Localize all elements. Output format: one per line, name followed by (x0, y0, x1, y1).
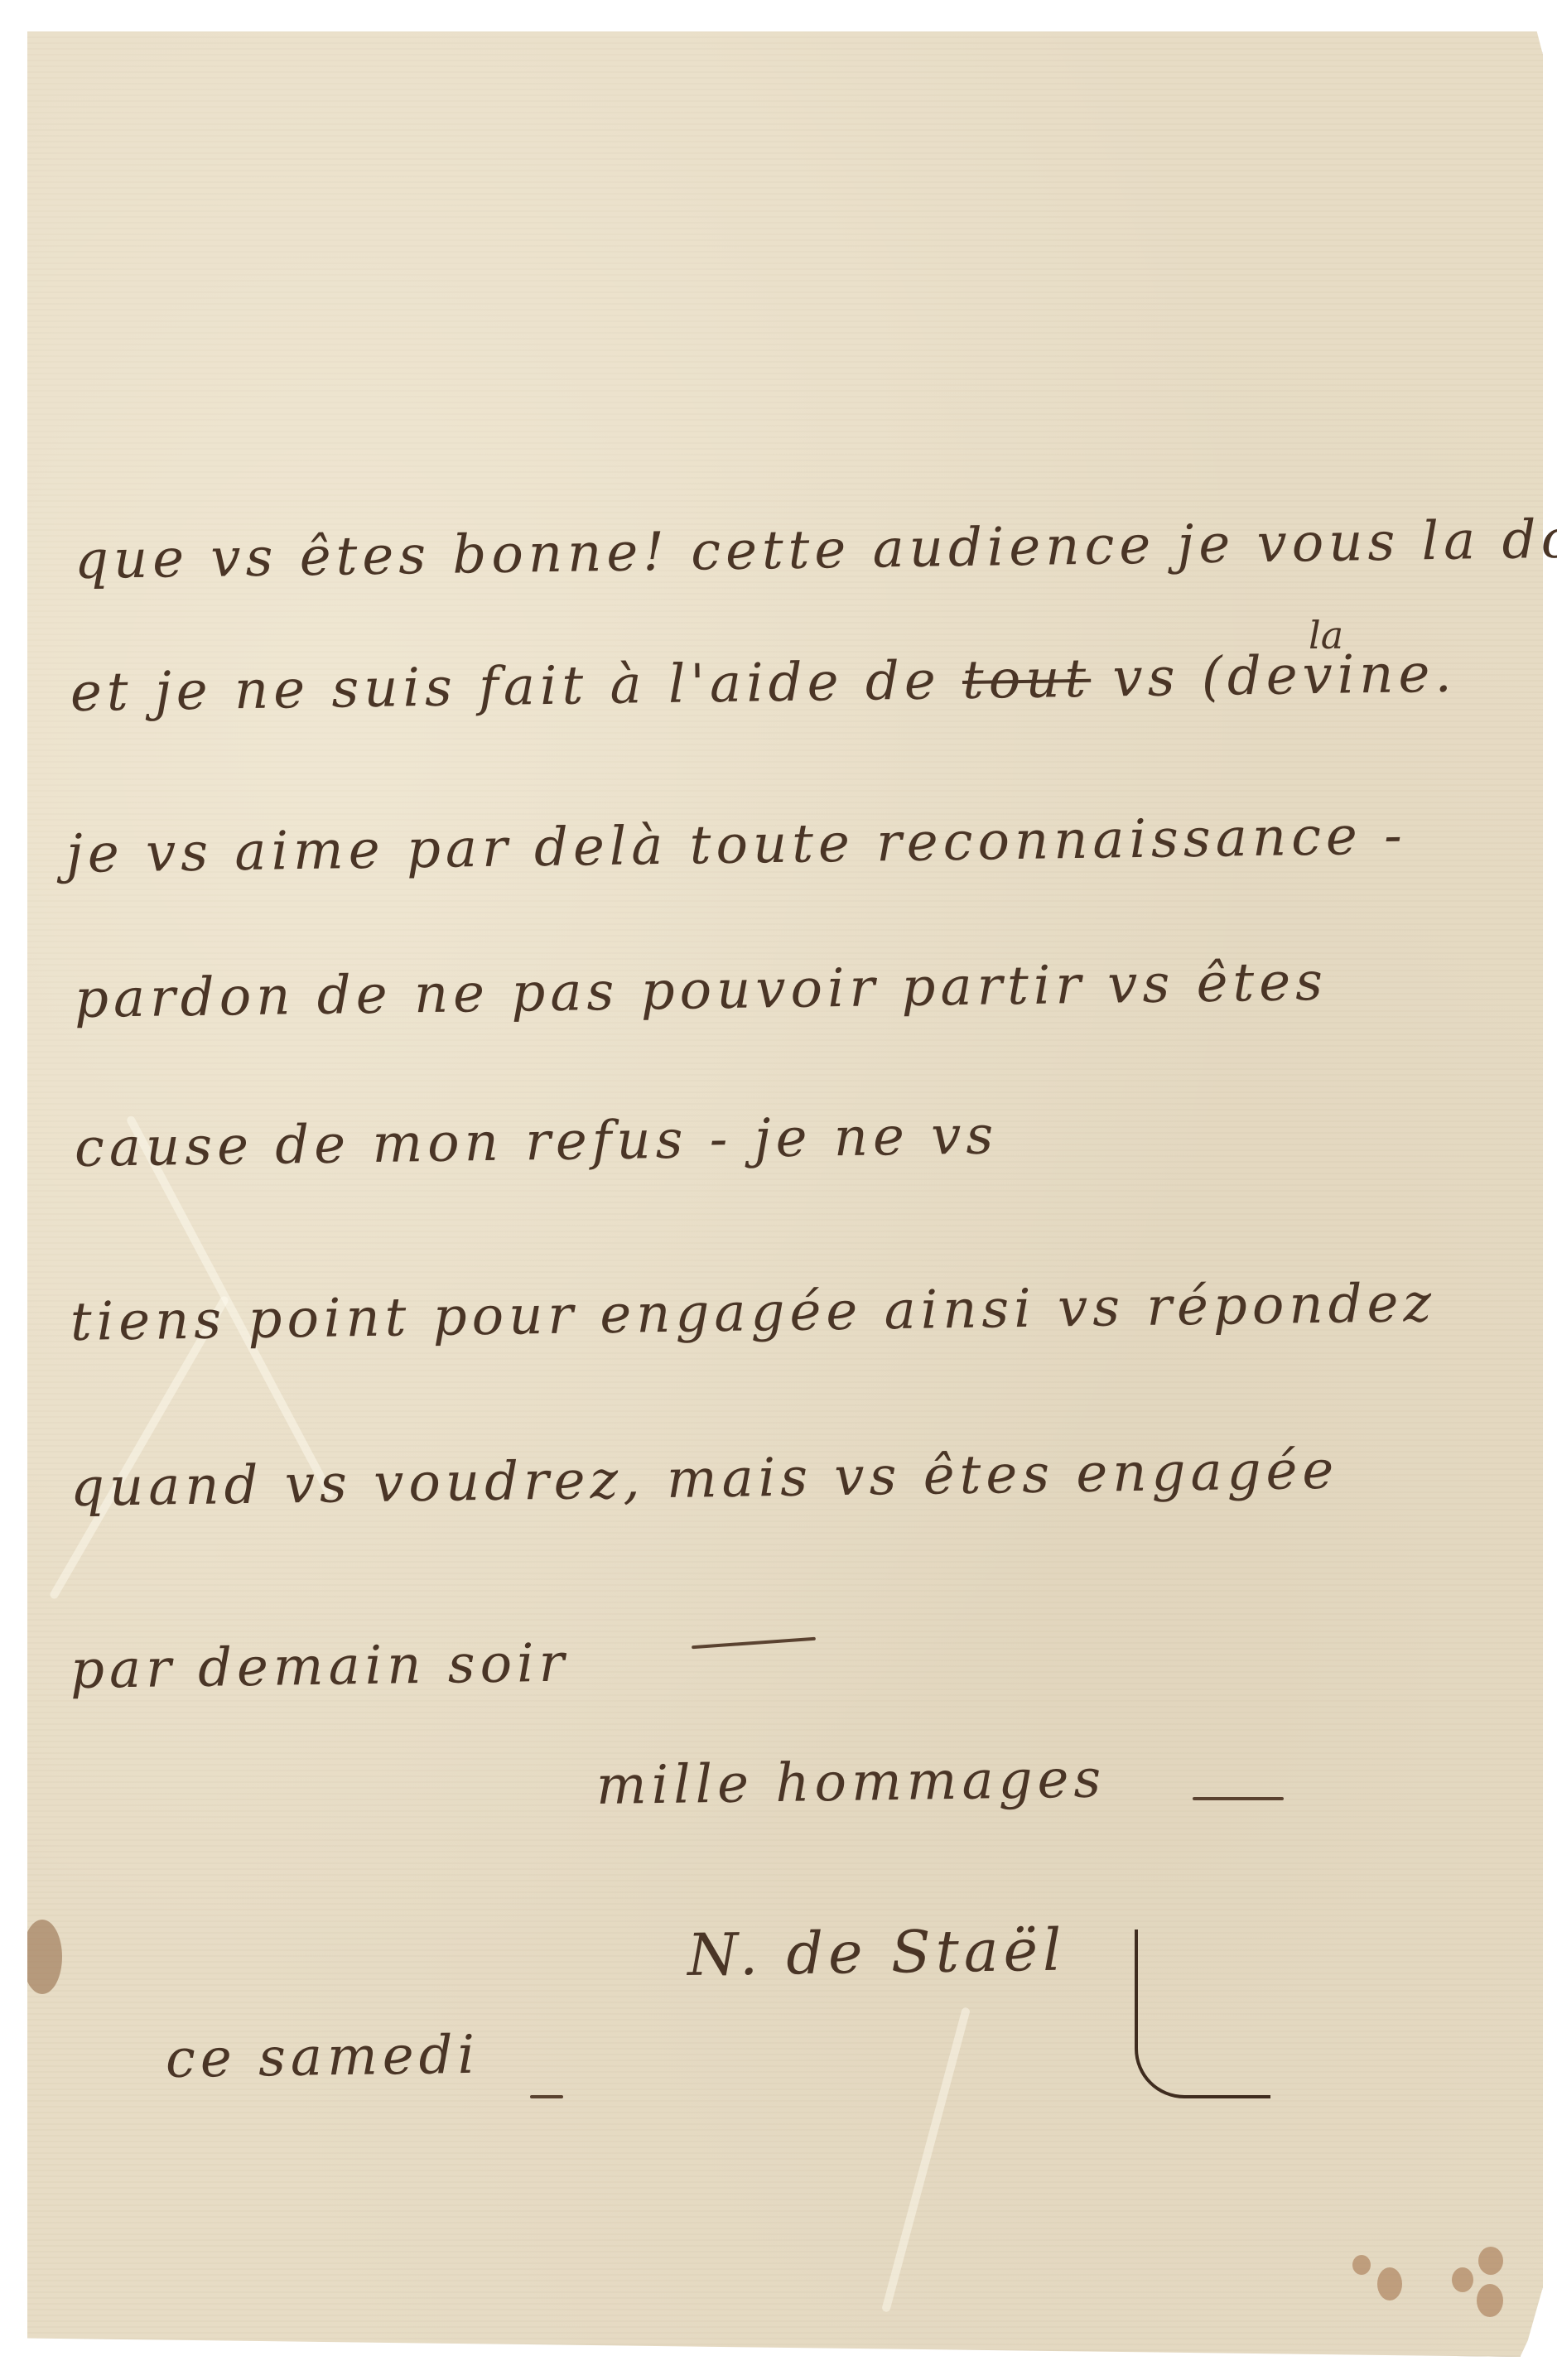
foxing-spot (1477, 2284, 1503, 2317)
letter-line-5: cause de mon refus - je ne vs (74, 1105, 998, 1179)
foxing-spot (1377, 2267, 1402, 2301)
dash-stroke (530, 2095, 563, 2098)
ink-stain (22, 1920, 62, 1994)
foxing-spot (1452, 2267, 1473, 2292)
dash-stroke (1193, 1797, 1284, 1800)
closing-line: mille hommages (595, 1748, 1106, 1817)
signature-flourish (1135, 1930, 1270, 2098)
letter-paper (27, 31, 1543, 2357)
signature: N. de Staël (687, 1916, 1067, 1989)
dateline: ce samedi (165, 2025, 480, 2090)
struck-word: tout (962, 648, 1091, 711)
paper-crease (881, 2007, 971, 2313)
line-2-text-after: vs (devine. (1112, 643, 1457, 710)
line-2-text-before: et je ne suis fait à l'aide de (70, 650, 941, 724)
foxing-spot (1478, 2247, 1503, 2275)
letter-line-8: par demain soir (70, 1633, 569, 1701)
foxing-spot (1352, 2255, 1371, 2275)
